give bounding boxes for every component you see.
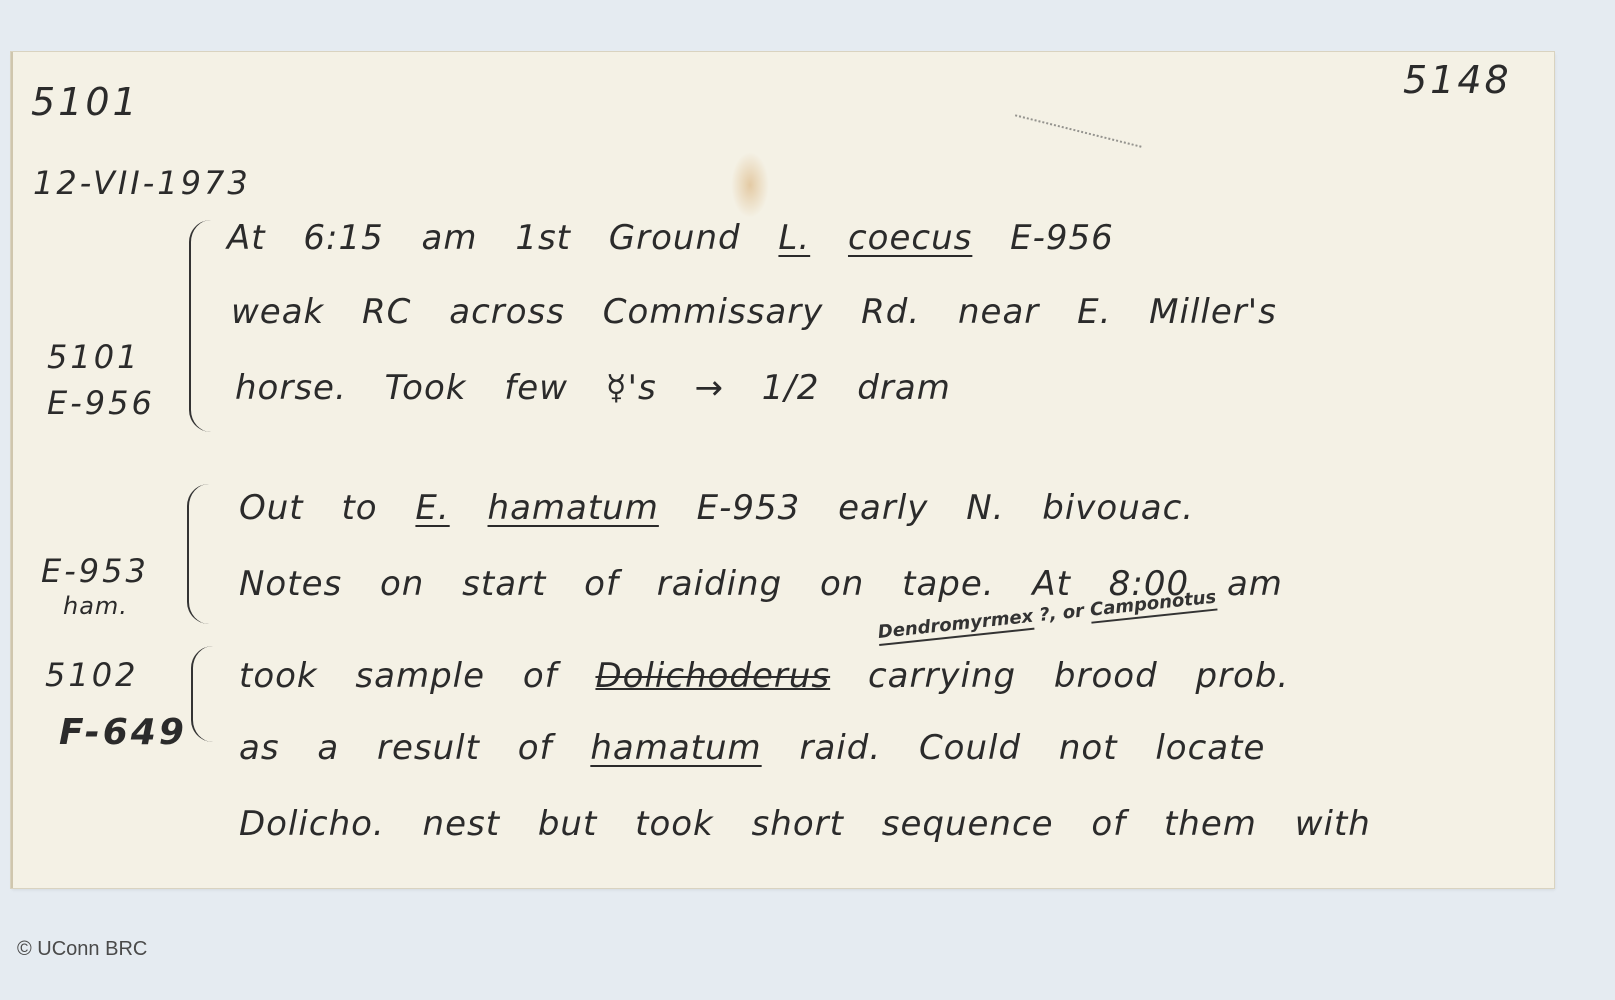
species-name: coecus bbox=[848, 218, 972, 258]
brace-2 bbox=[187, 484, 215, 624]
insertion-genus-1: Dendromyrmex bbox=[877, 606, 1034, 643]
line-4-text: Out to bbox=[239, 488, 378, 528]
card-number-left: 5101 bbox=[31, 80, 140, 124]
genus-abbrev: L. bbox=[778, 218, 810, 258]
brace-3 bbox=[191, 646, 219, 742]
line-1-text: At 6:15 am 1st Ground bbox=[227, 218, 741, 258]
margin-note-3-number: 5102 bbox=[45, 656, 138, 694]
brace-1 bbox=[189, 220, 217, 432]
margin-note-2-abbrev: ham. bbox=[63, 592, 128, 620]
note-line-3: horse. Took few ☿'s → 1/2 dram bbox=[235, 368, 951, 408]
specimen-code: E-956 bbox=[1010, 218, 1114, 258]
insertion-connector: ?, or bbox=[1038, 600, 1085, 626]
line-6-text: took sample of bbox=[239, 656, 558, 696]
card-number-right: 5148 bbox=[1403, 58, 1512, 102]
line-7-text: as a result of bbox=[239, 728, 553, 768]
note-line-6: took sample of Dolichoderus carrying bro… bbox=[239, 656, 1289, 696]
note-line-4: Out to E. hamatum E-953 early N. bivouac… bbox=[239, 488, 1194, 528]
note-line-8: Dolicho. nest but took short sequence of… bbox=[239, 804, 1371, 844]
note-line-7: as a result of hamatum raid. Could not l… bbox=[239, 728, 1265, 768]
species-name: hamatum bbox=[590, 728, 761, 768]
date: 12-VII-1973 bbox=[33, 164, 251, 202]
line-4-rest: E-953 early N. bivouac. bbox=[697, 488, 1194, 528]
dotted-marks bbox=[1014, 114, 1141, 149]
copyright-notice: © UConn BRC bbox=[17, 938, 147, 961]
line-7-rest: raid. Could not locate bbox=[799, 728, 1265, 768]
line-6-rest: carrying brood prob. bbox=[868, 656, 1289, 696]
stain-mark bbox=[731, 152, 769, 218]
struck-genus: Dolichoderus bbox=[595, 656, 830, 696]
species-name: hamatum bbox=[488, 488, 659, 528]
margin-note-1-code: E-956 bbox=[47, 384, 155, 422]
margin-note-3-code: F-649 bbox=[59, 712, 187, 753]
note-line-2: weak RC across Commissary Rd. near E. Mi… bbox=[231, 292, 1277, 332]
margin-note-2-code: E-953 bbox=[41, 552, 149, 590]
genus-abbrev: E. bbox=[415, 488, 449, 528]
note-line-1: At 6:15 am 1st Ground L. coecus E-956 bbox=[227, 218, 1114, 258]
margin-note-1-number: 5101 bbox=[47, 338, 140, 376]
field-note-card: 5101 5148 12-VII-1973 5101 E-956 E-953 h… bbox=[11, 52, 1554, 888]
